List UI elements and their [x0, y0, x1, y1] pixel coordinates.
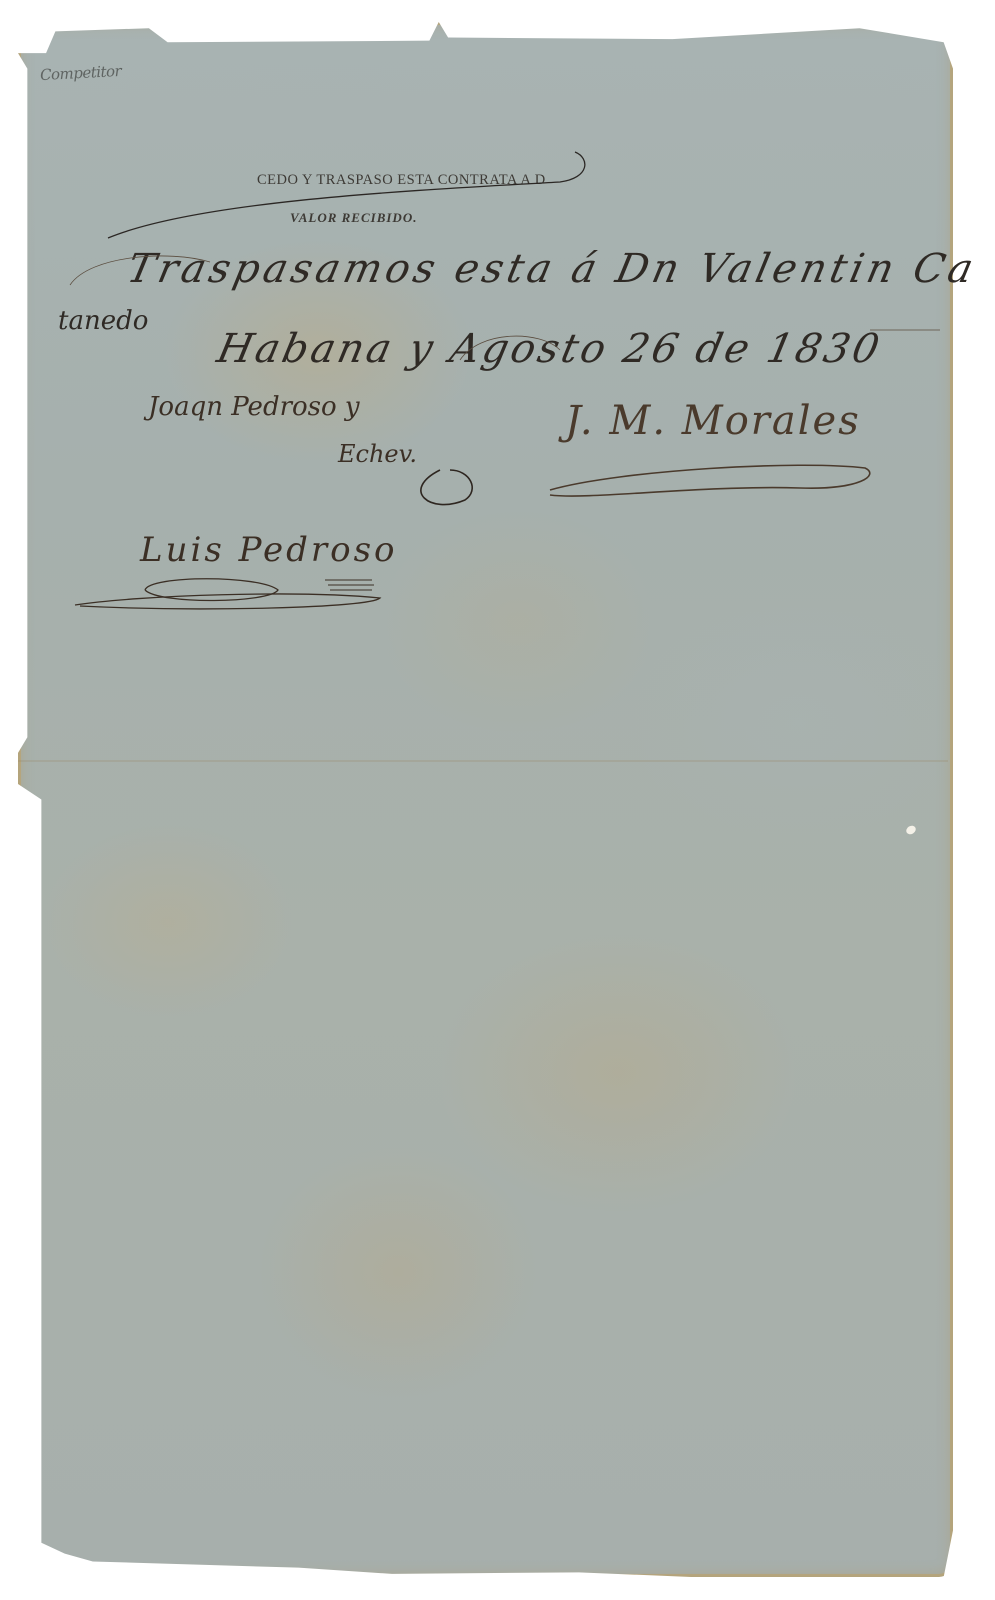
printed-value-received: VALOR RECIBIDO. — [290, 210, 417, 226]
printed-transfer-heading: CEDO Y TRASPASO ESTA CONTRATA A D — [257, 172, 546, 189]
signature-pedroso-echevarria-second-line: Echev. — [338, 440, 417, 468]
signature-luis-pedroso: Luis Pedroso — [140, 530, 397, 570]
handwritten-place-date: Habana y Agosto 26 de 1830 — [213, 326, 886, 372]
signature-pedroso-echevarria: Joaqn Pedroso y — [148, 392, 360, 422]
fold-crease — [18, 760, 948, 762]
signature-morales: J. M. Morales — [565, 398, 861, 444]
handwritten-transfer-line: Traspasamos esta á Dn Valentin Ca — [123, 246, 981, 292]
handwritten-name-continuation: tanedo — [58, 306, 148, 336]
